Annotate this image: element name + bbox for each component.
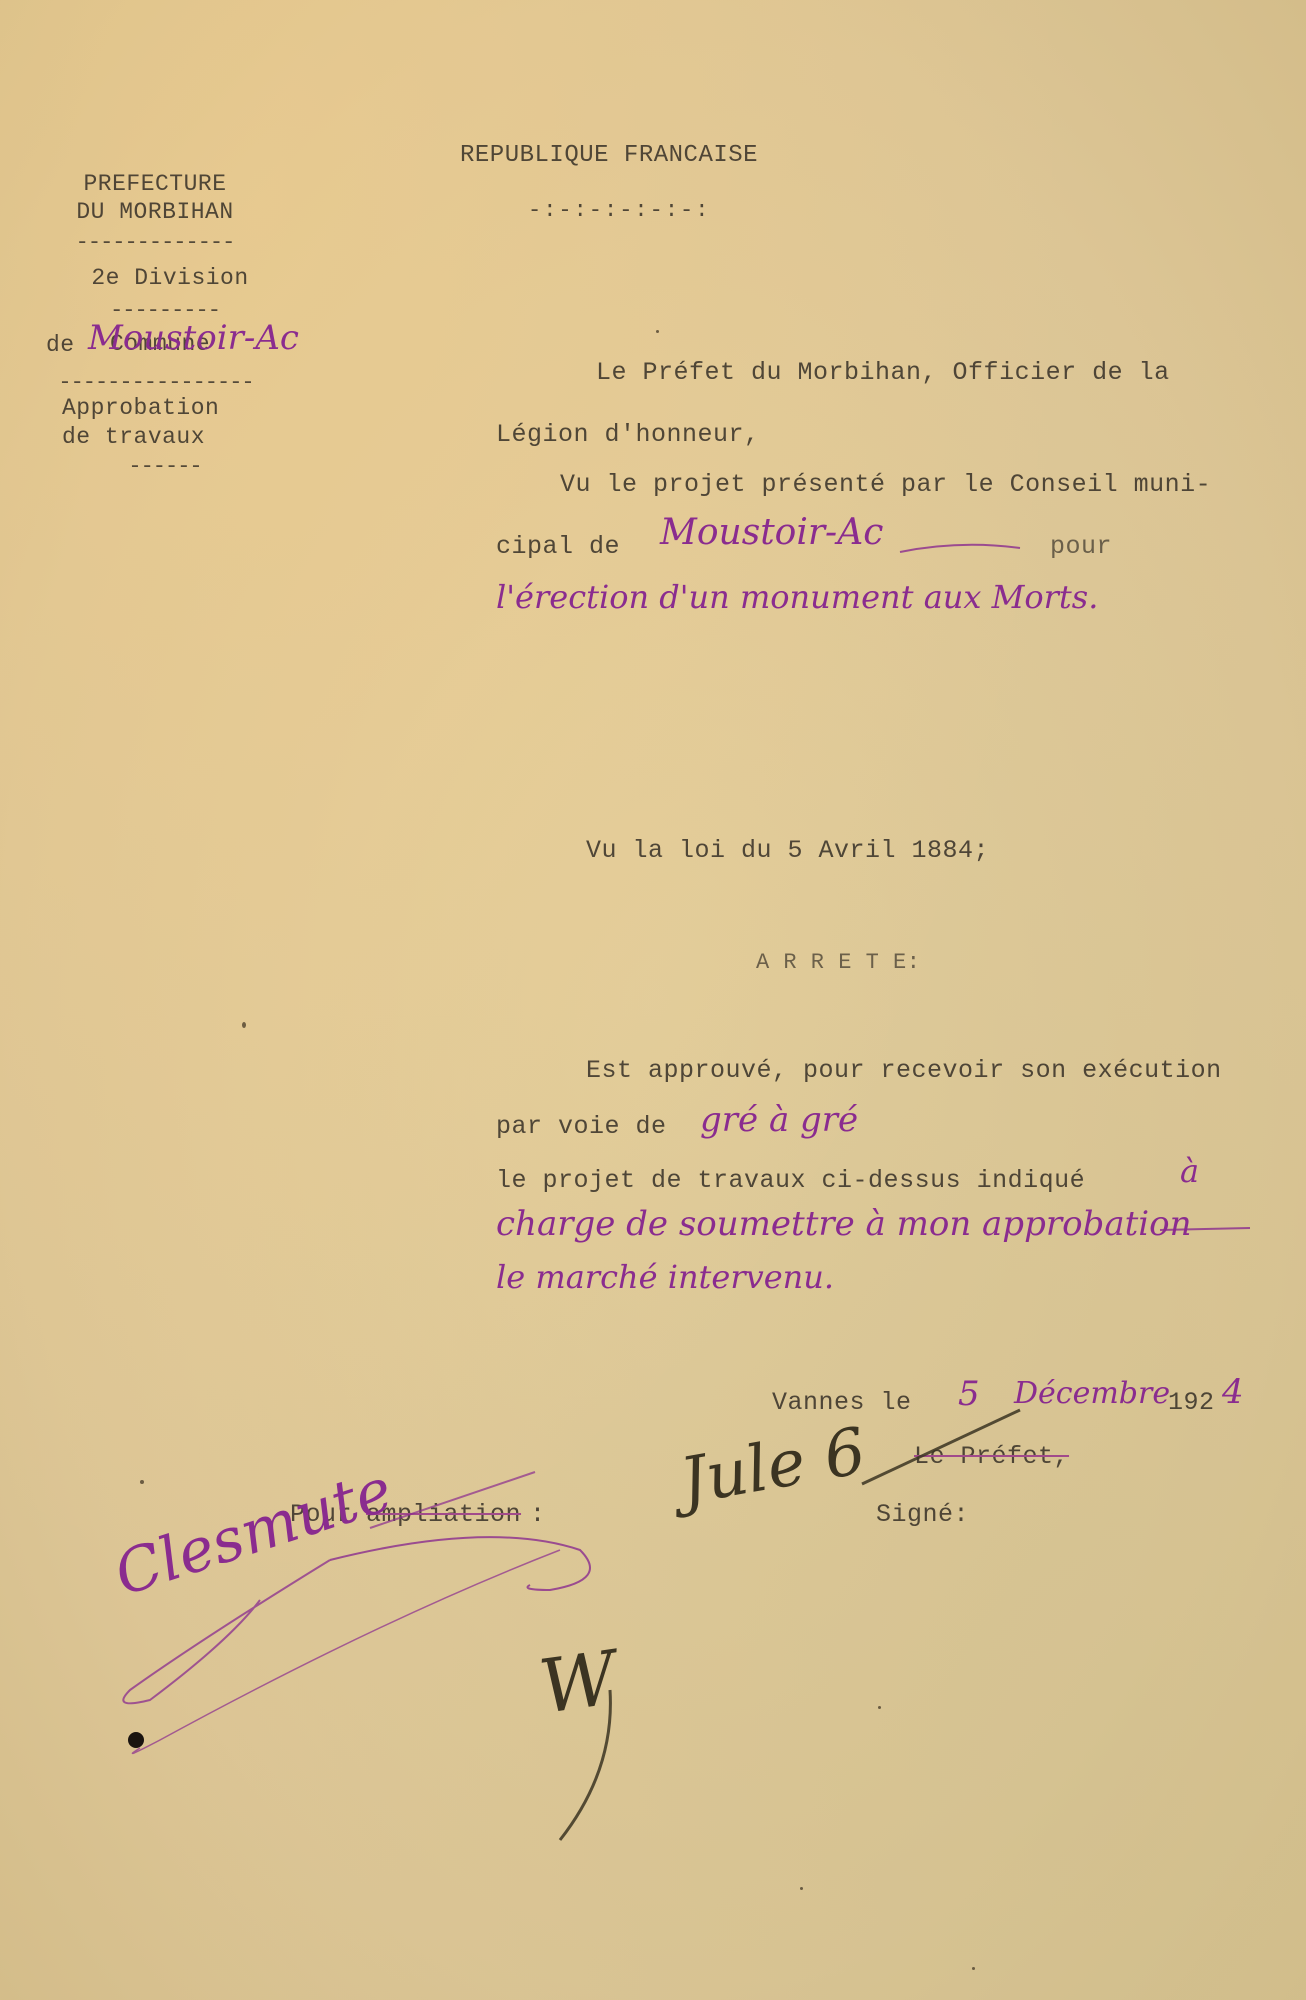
paper-speck (972, 1967, 975, 1970)
commune-name-handwritten: Moustoir-Ac (88, 318, 299, 358)
vu-projet-purpose-handwritten: l'érection d'un monument aux Morts. (496, 578, 1098, 616)
vu-projet-line-2-suffix: pour (1050, 532, 1112, 561)
separator: ------------- (30, 232, 280, 254)
article-line-3-handwritten: à (1180, 1152, 1199, 1190)
vu-projet-line-2-prefix: cipal de (496, 532, 620, 561)
signature-center: Jule 6 (675, 1414, 871, 1519)
place-date-prefix: Vannes le (772, 1388, 912, 1417)
date-month-handwritten: Décembre (1014, 1376, 1170, 1411)
document-page: PREFECTURE DU MORBIHAN ------------- 2e … (0, 0, 1306, 2000)
date-year-handwritten-digit: 4 (1222, 1372, 1244, 1412)
signature-left: Clesmute (106, 1455, 400, 1610)
vu-projet-commune-handwritten: Moustoir-Ac (660, 512, 883, 553)
preamble-line-1: Le Préfet du Morbihan, Officier de la (596, 358, 1170, 387)
vu-loi: Vu la loi du 5 Avril 1884; (586, 836, 989, 865)
article-line-3: le projet de travaux ci-dessus indiqué (496, 1166, 1085, 1195)
prefecture-line-2: DU MORBIHAN (30, 198, 280, 226)
paper-speck (242, 1022, 246, 1028)
paper-speck (800, 1887, 803, 1890)
date-year-typed: 192 (1168, 1388, 1215, 1417)
signatory-struck: Le Préfet, (914, 1442, 1069, 1471)
date-day-handwritten: 5 (958, 1374, 980, 1414)
commune-prefix: de (46, 332, 75, 358)
separator: ------ (110, 456, 220, 478)
article-mode-handwritten: gré à gré (700, 1100, 858, 1140)
paper-speck (140, 1480, 144, 1484)
paper-speck (656, 330, 659, 333)
initials: W (534, 1635, 621, 1731)
ampliation-suffix: : (530, 1500, 546, 1529)
header-ornament: -:-:-:-:-:-: (528, 198, 710, 223)
republic-title: REPUBLIQUE FRANCAISE (460, 142, 758, 169)
subject-line-2: de travaux (62, 424, 205, 450)
preamble-line-2: Légion d'honneur, (496, 420, 760, 449)
article-condition-line-2-handwritten: le marché intervenu. (496, 1258, 834, 1296)
separator: ---------------- (26, 372, 286, 394)
signed-label: Signé: (876, 1500, 969, 1529)
division-label: 2e Division (30, 264, 280, 292)
subject-line-1: Approbation (62, 395, 219, 421)
prefecture-line-1: PREFECTURE (30, 170, 280, 198)
article-line-1: Est approuvé, pour recevoir son exécutio… (586, 1056, 1222, 1085)
arrete-heading: A R R E T E: (756, 950, 920, 975)
paper-speck (878, 1706, 881, 1709)
article-condition-line-1-handwritten: charge de soumettre à mon approbation (496, 1204, 1192, 1244)
article-line-2-prefix: par voie de (496, 1112, 667, 1141)
vu-projet-line-1: Vu le projet présenté par le Conseil mun… (560, 470, 1211, 499)
